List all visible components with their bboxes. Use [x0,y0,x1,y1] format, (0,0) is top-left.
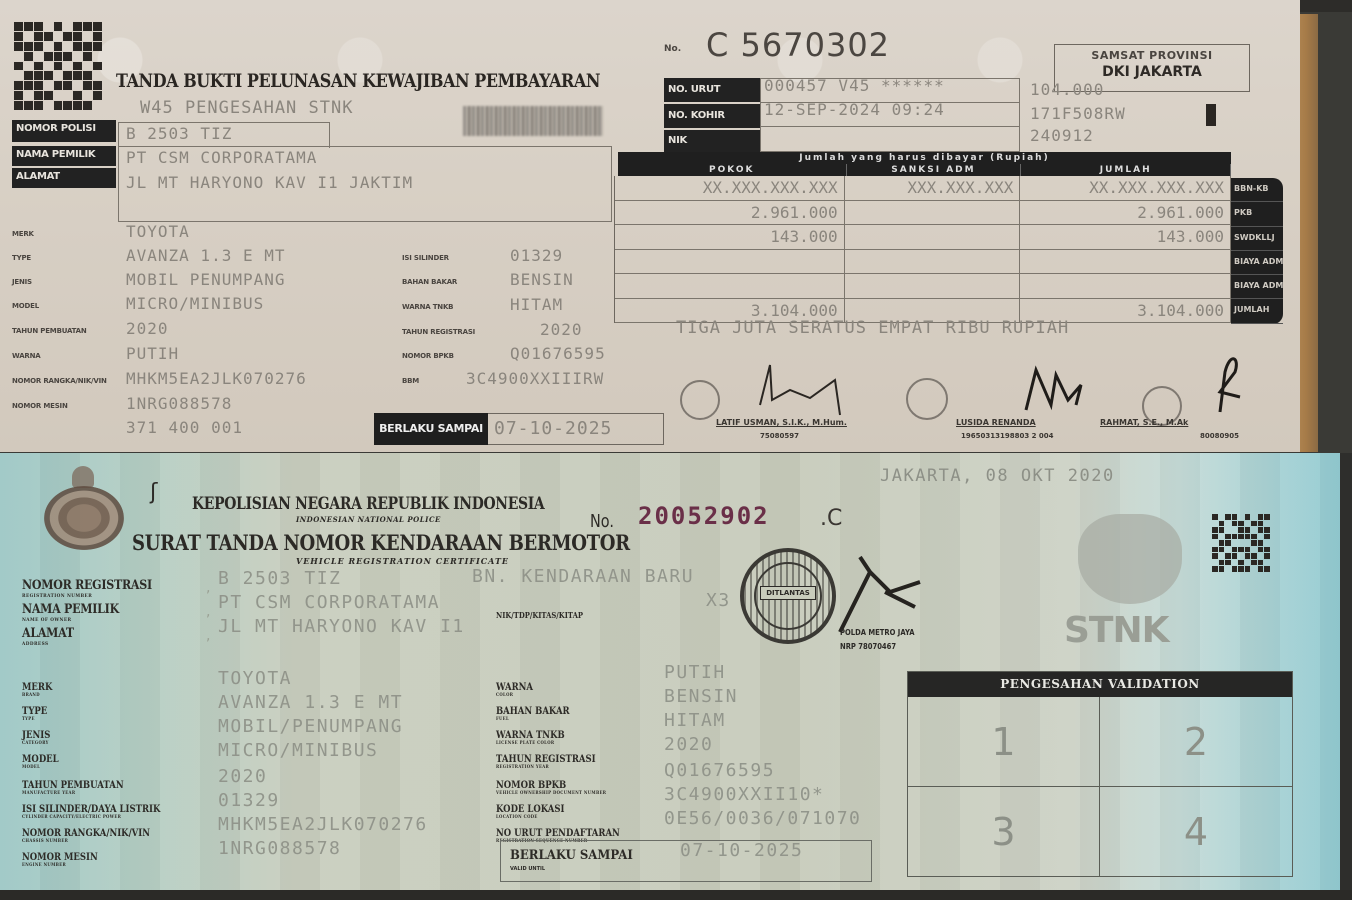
label-text: ISI SILINDER/DAYA LISTRIK [22,804,160,815]
stnk-field-label: NOMOR BPKBVEHICLE OWNERSHIP DOCUMENT NUM… [496,780,606,796]
divider [760,126,1020,127]
stnk-field-label: NOMOR REGISTRASIREGISTRATION NUMBER [22,578,152,599]
vehicle-field-value: HITAM [510,295,563,314]
stnk-number-label: No. [590,511,614,532]
stnk-field-label: ISI SILINDER/DAYA LISTRIKCYLINDER CAPACI… [22,804,160,820]
separator: , [206,580,210,596]
background-edge [1340,453,1352,900]
payment-row-label: BBN-KB [1231,178,1283,202]
label-text-en: ADDRESS [22,641,74,647]
stnk-title: SURAT TANDA NOMOR KENDARAAN BERMOTOR [132,530,630,555]
stnk-title-en: VEHICLE REGISTRATION CERTIFICATE [296,556,509,566]
vehicle-field-label: JENIS [12,278,32,286]
vehicle-field-label: WARNA TNKB [402,303,453,311]
payment-rows: XX.XXX.XXX.XXXXXX.XXX.XXXXX.XXX.XXX.XXX2… [614,176,1231,323]
stnk-field-label: NOMOR MESINENGINE NUMBER [22,852,98,868]
valid-until-label: BERLAKU SAMPAI [374,413,488,445]
label-text: WARNA TNKB [496,730,565,741]
label-text-en: REGISTRATION YEAR [496,765,596,770]
payment-cell [845,201,1021,225]
label-text-en: LOCATION CODE [496,815,565,820]
indicator-icon [1206,104,1216,126]
signer-id: 80080905 [1200,432,1239,440]
vehicle-field-value: 2020 [540,320,583,339]
label-text-en: TYPE [22,717,47,722]
vehicle-field-label: BBM [402,377,419,385]
stnk-field-label: TAHUN PEMBUATANMANUFACTURE YEAR [22,780,124,796]
payment-row: 143.000143.000 [615,225,1231,250]
stnk-field-value: BENSIN [664,686,738,707]
payment-row: 2.961.0002.961.000 [615,201,1231,226]
payment-cell: 2.961.000 [1020,201,1231,225]
label-text: NOMOR BPKB [496,780,566,791]
stnk-number: 20052902 [638,502,770,530]
stnk-field-value: PUTIH [664,662,726,683]
payment-cell [845,274,1021,298]
payment-title: Jumlah yang harus dibayar (Rupiah) [618,152,1231,164]
signer-id: 75080597 [760,432,799,440]
stamp-icon [680,380,720,420]
stnk-field-label: MODELMODEL [22,754,59,770]
valid-until-label: BERLAKU SAMPAI [510,848,633,863]
background-strip [0,890,1352,900]
stnk-field-value: 3C4900XXII10* [664,784,824,805]
vehicle-field-label: MODEL [12,302,39,310]
label-text-en: MODEL [22,765,59,770]
vehicle-field-label: MERK [12,230,34,238]
signature-1: LATIF USMAN, S.I.K., M.Hum. 75080597 [680,360,870,450]
valid-until-value: 07-10-2025 [494,418,612,439]
payment-row-labels: BBN-KBPKBSWDKLLJBIAYA ADM STNKBIAYA ADM … [1231,178,1283,324]
stnk-agency: KEPOLISIAN NEGARA REPUBLIK INDONESIA [192,494,544,514]
label-text: WARNA [496,682,533,693]
validation-cell: 2 [1100,697,1292,787]
signature-3: RAHMAT, S.E., M.Ak 80080905 [1100,360,1290,450]
label-text-en: BRAND [22,693,52,698]
stnk-field-value: MHKM5EA2JLK070276 [218,814,428,835]
validation-cell: 4 [1100,787,1292,877]
signature-icon [996,360,1096,420]
vehicle-field-label: WARNA [12,352,41,360]
label-text: NOMOR REGISTRASI [22,578,152,593]
label-text-en: LICENSE PLATE COLOR [496,741,565,746]
payment-table: Jumlah yang harus dibayar (Rupiah) POKOK… [614,152,1231,323]
payment-cell: XX.XXX.XXX.XXX [1020,176,1231,200]
vehicle-field-value: Q01676595 [510,344,606,363]
payment-cell [615,250,845,274]
stnk-field-label: WARNA TNKBLICENSE PLATE COLOR [496,730,565,746]
no-kohir-extra: 171F508RW [1030,104,1126,123]
vehicle-field-value: 2020 [126,319,169,338]
label-text-en: FUEL [496,717,570,722]
qr-code-icon [14,22,102,110]
stnk-field-value: TOYOTA [218,668,292,689]
issue-city-date: JAKARTA, 08 OKT 2020 [880,466,1115,486]
validation-cell: 1 [908,697,1100,787]
vehicle-field-label: TAHUN PEMBUATAN [12,327,87,335]
signature-icon [1180,352,1260,422]
signer-name: LUSIDA RENANDA [956,418,1036,427]
label-text-en: CYLINDER CAPACITY/ELECTRIC POWER [22,815,160,820]
stnk-field-label: WARNACOLOR [496,682,533,698]
label-text-en: COLOR [496,693,533,698]
label-text: NOMOR MESIN [22,852,98,863]
stnk-field-value: MOBIL/PENUMPANG [218,716,403,737]
stnk-field-value: JL MT HARYONO KAV I1 [218,616,465,637]
no-urut-value: 000457 V45 ****** [764,76,945,95]
receipt-number: C 5670302 [706,26,890,64]
qr-code-icon [1212,514,1270,572]
label-text: TAHUN REGISTRASI [496,754,596,765]
vehicle-field-label: TYPE [12,254,31,262]
stnk-field-label: JENISCATEGORY [22,730,50,746]
payment-row-label: BIAYA ADM TNKB [1231,275,1283,299]
issuer-line1: SAMSAT PROVINSI [1055,49,1249,62]
receipt-number-prefix: No. [664,44,681,54]
label-alamat: ALAMAT [12,168,116,188]
label-text: KODE LOKASI [496,804,565,815]
label-text: NOMOR RANGKA/NIK/VIN [22,828,150,839]
payment-cell: 143.000 [615,225,845,249]
amount-in-words: TIGA JUTA SERATUS EMPAT RIBU RUPIAH [676,318,1069,338]
label-nik: NIK [664,130,760,152]
payment-cell: 143.000 [1020,225,1231,249]
payment-row: XX.XXX.XXX.XXXXXX.XXX.XXXXX.XXX.XXX.XXX [615,176,1231,201]
no-urut-extra: 104.000 [1030,80,1104,99]
stnk-field-value: 01329 [218,790,280,811]
payment-cell [1020,274,1231,298]
status-note: BN. KENDARAAN BARU [472,566,694,587]
payment-row-label: SWDKLLJ [1231,227,1283,251]
label-nama-pemilik: NAMA PEMILIK [12,146,116,166]
payment-row-label: JUMLAH [1231,299,1283,323]
vehicle-field-value: MHKM5EA2JLK070276 [126,369,307,388]
payment-row-label: PKB [1231,202,1283,226]
payment-cell: XXX.XXX.XXX [845,176,1021,200]
label-text: MODEL [22,754,59,765]
shield-icon [1078,514,1182,604]
validation-grid: 1234 [908,697,1292,877]
receipt-title: TANDA BUKTI PELUNASAN KEWAJIBAN PEMBAYAR… [116,70,600,92]
nik-extra: 240912 [1030,126,1094,145]
stnk-field-label: BAHAN BAKARFUEL [496,706,570,722]
vehicle-field-label: TAHUN REGISTRASI [402,328,475,336]
receipt-subtitle: W45 PENGESAHAN STNK [140,98,353,118]
label-no-urut: NO. URUT [664,78,760,102]
vehicle-field-value: 371 400 001 [126,418,243,437]
signer-name: RAHMAT, S.E., M.Ak [1100,418,1188,427]
payment-cell [1020,250,1231,274]
no-kohir-value: 12-SEP-2024 09:24 [764,100,945,119]
payment-receipt: TANDA BUKTI PELUNASAN KEWAJIBAN PEMBAYAR… [0,0,1300,452]
column-header: SANKSI ADM [847,164,1022,176]
stnk-field-value: PT CSM CORPORATAMA [218,592,440,613]
stnk-field-label: MERKBRAND [22,682,52,698]
stnk-watermark: STNK [1060,500,1200,650]
vehicle-field-label: BAHAN BAKAR [402,278,457,286]
signer-id: 19650313198803 2 004 [961,432,1054,440]
vehicle-field-value: MOBIL PENUMPANG [126,270,286,289]
column-header: POKOK [618,164,847,176]
stnk-field-value: B 2503 TIZ [218,568,341,589]
stnk-field-value: 2020 [664,734,713,755]
vehicle-field-value: MICRO/MINIBUS [126,294,264,313]
stnk-number-suffix: .C [820,506,842,531]
stnk-field-value: 1NRG088578 [218,838,341,859]
valid-until-label-en: VALID UNTIL [510,866,545,872]
label-text-en: NAME OF OWNER [22,617,119,623]
nama-pemilik-value: PT CSM CORPORATAMA [126,148,317,167]
stnk-field-label: ALAMATADDRESS [22,626,74,647]
signer-id: NRP 78070467 [840,642,896,651]
stnk-field-value: Q01676595 [664,760,775,781]
vehicle-field-value: PUTIH [126,344,179,363]
alamat-value: JL MT HARYONO KAV I1 JAKTIM [126,173,413,192]
label-text-en: ENGINE NUMBER [22,863,98,868]
vehicle-field-value: 01329 [510,246,563,265]
stamp-icon [906,378,948,420]
label-text: BAHAN BAKAR [496,706,570,717]
stnk-agency-en: INDONESIAN NATIONAL POLICE [296,515,441,524]
payment-header: POKOK SANKSI ADM JUMLAH [618,164,1231,176]
stnk-field-value: 2020 [218,766,267,787]
label-text-en: CATEGORY [22,741,50,746]
payment-cell: 2.961.000 [615,201,845,225]
label-text: JENIS [22,730,50,741]
label-text: NAMA PEMILIK [22,602,119,617]
validation-box: PENGESAHAN VALIDATION 1234 [907,671,1293,877]
stnk-field-value: 0E56/0036/071070 [664,808,861,829]
nik-label: NIK/TDP/KITAS/KITAP [496,610,583,620]
label-text: MERK [22,682,52,693]
barcode-icon [463,106,603,136]
signer-name: POLDA METRO JAYA [840,628,914,637]
label-no-kohir: NO. KOHIR [664,104,760,128]
payment-cell: XX.XXX.XXX.XXX [615,176,845,200]
stnk-field-value: HITAM [664,710,726,731]
nomor-polisi-value: B 2503 TIZ [126,124,232,143]
signature-icon [740,360,850,420]
stnk-field-label: TAHUN REGISTRASIREGISTRATION YEAR [496,754,596,770]
stnk-field-label: NOMOR RANGKA/NIK/VINCHASSIS NUMBER [22,828,150,844]
payment-row-label: BIAYA ADM STNK [1231,251,1283,275]
payment-cell [845,225,1021,249]
vehicle-field-label: NOMOR RANGKA/NIK/VIN [12,377,107,385]
vehicle-field-value: TOYOTA [126,222,190,241]
police-emblem-icon [44,486,124,550]
payment-cell [845,250,1021,274]
payment-row [615,274,1231,299]
separator: , [206,604,210,620]
mark-icon: ʃ [150,480,157,505]
stamp-text: DITLANTAS [760,586,816,600]
label-text-en: CHASSIS NUMBER [22,839,150,844]
validation-cell: 3 [908,787,1100,877]
vehicle-field-value: 3C4900XXIIIRW [466,369,604,388]
separator: , [206,628,210,644]
signer-name: LATIF USMAN, S.I.K., M.Hum. [716,418,847,427]
watermark-text: STNK [1064,610,1169,651]
issuer-line2: DKI JAKARTA [1055,64,1249,80]
stnk-field-label: KODE LOKASILOCATION CODE [496,804,565,820]
column-header: JUMLAH [1021,164,1231,176]
label-text: TYPE [22,706,47,717]
validation-title: PENGESAHAN VALIDATION [908,672,1292,697]
status-suffix: X3 [706,590,731,611]
valid-until-value: 07-10-2025 [680,840,803,861]
label-text-en: MANUFACTURE YEAR [22,791,124,796]
stnk-field-value: MICRO/MINIBUS [218,740,378,761]
vehicle-field-label: ISI SILINDER [402,254,449,262]
vehicle-field-value: 1NRG088578 [126,394,232,413]
vehicle-field-label: NOMOR MESIN [12,402,68,410]
vehicle-field-label: NOMOR BPKB [402,352,454,360]
signature-2: LUSIDA RENANDA 19650313198803 2 004 [906,360,1096,450]
label-text: TAHUN PEMBUATAN [22,780,124,791]
payment-cell [615,274,845,298]
label-nomor-polisi: NOMOR POLISI [12,120,116,142]
police-crest-top-icon [72,466,94,488]
stnk-field-label: NAMA PEMILIKNAME OF OWNER [22,602,119,623]
vehicle-field-value: BENSIN [510,270,574,289]
payment-row [615,250,1231,275]
label-text: NO URUT PENDAFTARAN [496,828,620,839]
stnk-field-value: AVANZA 1.3 E MT [218,692,403,713]
label-text-en: VEHICLE OWNERSHIP DOCUMENT NUMBER [496,791,606,796]
label-text: ALAMAT [22,626,74,641]
stnk-field-label: TYPETYPE [22,706,47,722]
vehicle-field-value: AVANZA 1.3 E MT [126,246,286,265]
label-text-en: REGISTRATION NUMBER [22,593,152,599]
